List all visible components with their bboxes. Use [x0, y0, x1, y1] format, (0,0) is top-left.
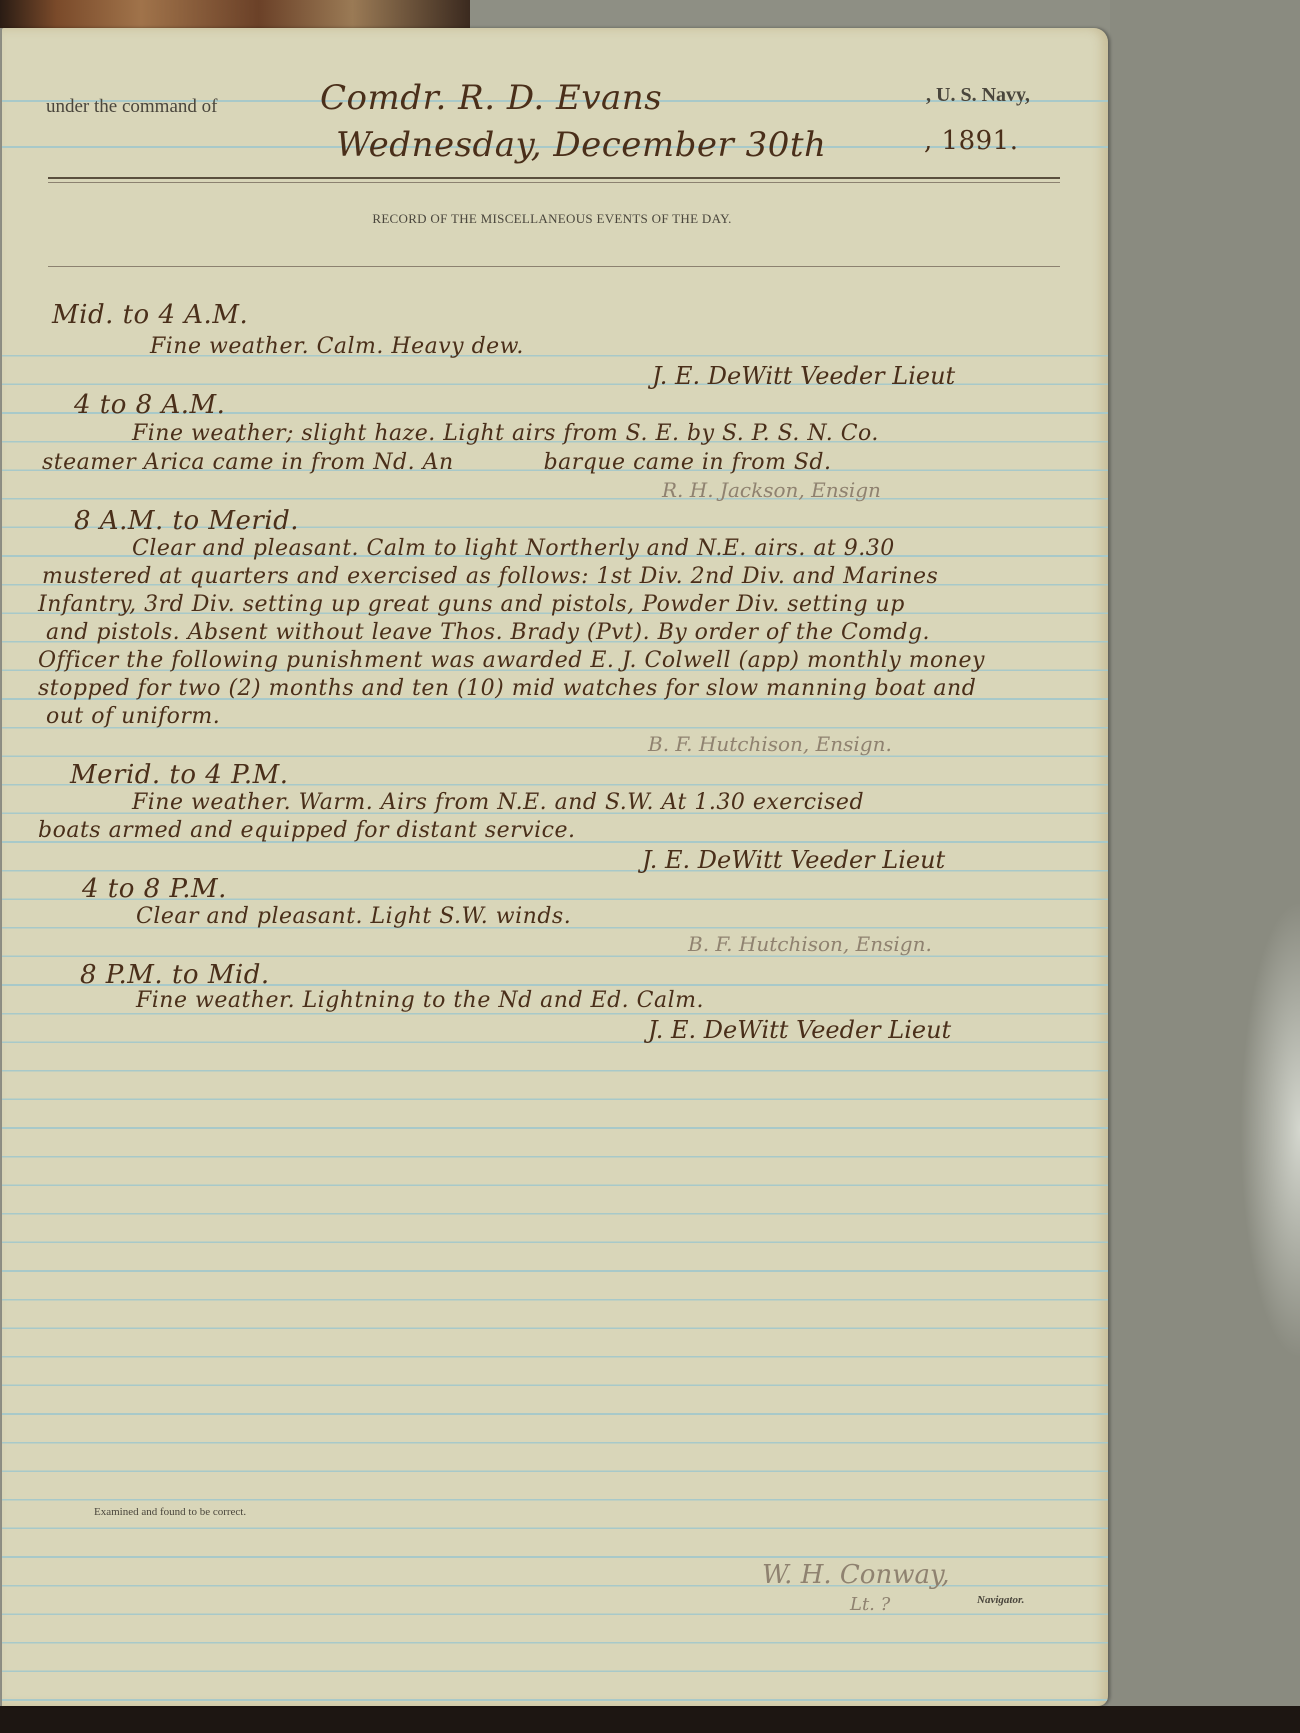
officer-signature: J. E. DeWitt Veeder Lieut	[642, 846, 945, 874]
watch-entry-line: steamer Arica came in from Nd. An barque…	[42, 450, 832, 475]
watch-title: 4 to 8 A.M.	[74, 390, 225, 420]
book-edge-bottom	[0, 1706, 1300, 1733]
officer-signature: B. F. Hutchison, Ensign.	[688, 932, 932, 956]
navigator-label: Navigator.	[977, 1594, 1024, 1606]
watch-entry-line: Clear and pleasant. Calm to light Northe…	[132, 536, 895, 561]
header-double-rule	[48, 177, 1060, 179]
navy-label: , U. S. Navy,	[926, 84, 1030, 107]
watch-entry-line: boats armed and equipped for distant ser…	[38, 818, 575, 843]
watch-title: 4 to 8 P.M.	[82, 874, 227, 904]
watch-title: 8 P.M. to Mid.	[80, 960, 270, 990]
watch-entry-line: Officer the following punishment was awa…	[38, 648, 985, 673]
watch-entry-line: and pistols. Absent without leave Thos. …	[46, 620, 930, 645]
log-date: Wednesday, December 30th	[336, 125, 826, 165]
watch-entry-line: Fine weather. Lightning to the Nd and Ed…	[136, 988, 704, 1013]
book-cover-board	[1110, 0, 1300, 1733]
section-rule	[48, 266, 1060, 267]
book-binding-top	[0, 0, 470, 28]
watch-entry-line: mustered at quarters and exercised as fo…	[42, 564, 938, 589]
watch-title: Mid. to 4 A.M.	[52, 300, 248, 330]
officer-signature: R. H. Jackson, Ensign	[662, 478, 881, 502]
commander-name: Comdr. R. D. Evans	[320, 78, 662, 118]
watch-title: 8 A.M. to Merid.	[74, 506, 299, 536]
watch-entry-line: Fine weather. Calm. Heavy dew.	[150, 334, 524, 359]
navigator-signature: W. H. Conway,	[762, 1560, 949, 1590]
command-label: under the command of	[46, 96, 217, 118]
log-page: under the command of Comdr. R. D. Evans …	[2, 28, 1108, 1706]
header-double-rule-thin	[48, 182, 1060, 183]
section-title: RECORD OF THE MISCELLANEOUS EVENTS OF TH…	[2, 211, 1102, 227]
log-year: , 1891.	[924, 126, 1018, 156]
watch-title: Merid. to 4 P.M.	[70, 760, 288, 790]
watch-entry-line: Fine weather; slight haze. Light airs fr…	[132, 421, 879, 446]
examined-label: Examined and found to be correct.	[94, 1506, 246, 1518]
officer-signature: J. E. DeWitt Veeder Lieut	[652, 362, 955, 390]
officer-signature: B. F. Hutchison, Ensign.	[648, 732, 892, 756]
navigator-rank: Lt. ?	[850, 1594, 890, 1615]
watch-entry-line: Clear and pleasant. Light S.W. winds.	[136, 904, 571, 929]
officer-signature: J. E. DeWitt Veeder Lieut	[648, 1016, 951, 1044]
watch-entry-line: Infantry, 3rd Div. setting up great guns…	[38, 592, 905, 617]
light-glare	[1240, 900, 1300, 1360]
watch-entry-line: Fine weather. Warm. Airs from N.E. and S…	[132, 790, 864, 815]
watch-entry-line: stopped for two (2) months and ten (10) …	[38, 676, 976, 701]
watch-entry-line: out of uniform.	[46, 704, 220, 729]
